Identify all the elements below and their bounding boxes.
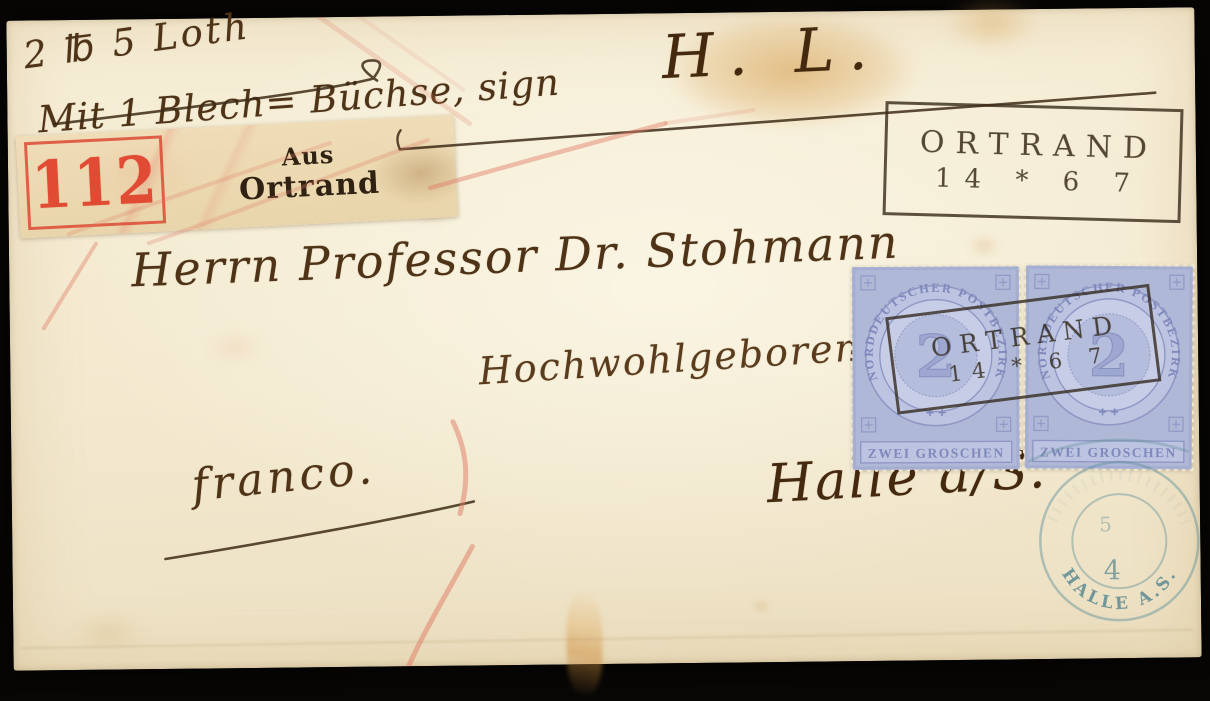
parcel-label-number: 112 <box>30 142 161 224</box>
parcel-label-origin: Aus Ortrand <box>168 119 450 227</box>
sender-initials: H. L. <box>660 13 882 93</box>
envelope-cover: 2 ℔ 5 Loth Mit 1 Blech= Büchse, sign H. … <box>6 7 1201 670</box>
stain <box>195 324 276 371</box>
weight-notation: 2 ℔ 5 Loth <box>21 4 253 77</box>
stamp-denomination-text: ZWEI GROSCHEN <box>868 445 1005 461</box>
parcel-label-number-frame: 112 <box>24 135 166 230</box>
scan-background: { "cover": { "background_color": "#07060… <box>0 0 1210 690</box>
parcel-label: 112 Aus Ortrand <box>16 115 459 239</box>
arrival-postmark-month: 4 <box>1103 555 1121 586</box>
address-honorific: Hochwohlgeboren <box>477 325 862 393</box>
arrival-cds-postmark: HALLE A.S. 5 4 <box>1016 438 1202 626</box>
parcel-label-origin-town: Ortrand <box>238 166 380 206</box>
arrival-postmark-day: 5 <box>1099 512 1112 536</box>
parcel-label-origin-word: Aus <box>281 142 335 171</box>
dispatch-postmark-date: 14 * 6 7 <box>922 163 1144 199</box>
fold-crease <box>21 629 1193 649</box>
dispatch-postmark-town: ORTRAND <box>908 125 1158 167</box>
stain <box>926 0 1057 60</box>
stain <box>748 596 774 616</box>
franco-underline <box>165 501 475 559</box>
stain <box>566 592 603 690</box>
franco-notation: franco. <box>189 443 377 512</box>
dispatch-boxed-postmark: ORTRAND 14 * 6 7 <box>883 101 1184 223</box>
stain <box>58 605 159 660</box>
stain <box>962 230 1006 260</box>
